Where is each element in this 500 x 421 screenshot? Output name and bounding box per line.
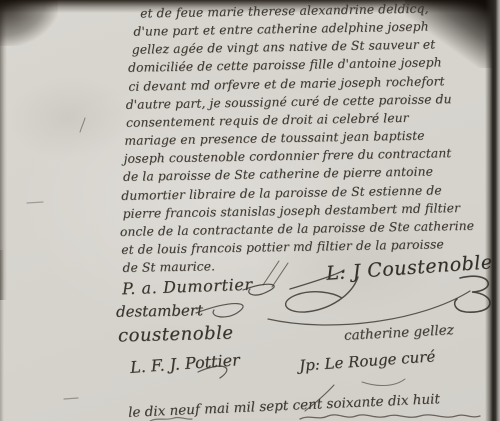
signature-pottier: L. F. J. Pottier: [129, 350, 240, 377]
date-line: le dix neuf mai mil sept cent soixante d…: [128, 391, 440, 421]
clipped-next-line: [300, 415, 480, 419]
signature-dumortier: P. a. Dumortier: [122, 275, 253, 299]
coustenoble-paraph: [268, 291, 470, 325]
page-edge-left-lower: [0, 250, 4, 421]
page-edge-right: [485, 0, 500, 421]
margin-mark: [80, 118, 85, 132]
signature-coustenoble-witness: coustenoble: [118, 322, 234, 346]
signature-lerouge-cure: Jp: Le Rouge curé: [299, 347, 436, 374]
signature-destambert: destambert: [116, 301, 203, 321]
manuscript-text-block: et de feue marie therese alexandrine del…: [115, 0, 492, 277]
signature-gellez-bride: catherine gellez: [344, 322, 455, 344]
document-page: et de feue marie therese alexandrine del…: [0, 0, 500, 421]
margin-mark: [27, 202, 43, 203]
margin-mark: [64, 398, 78, 399]
lerouge-flourish: [362, 379, 405, 386]
page-corner-top-left: [0, 0, 58, 46]
